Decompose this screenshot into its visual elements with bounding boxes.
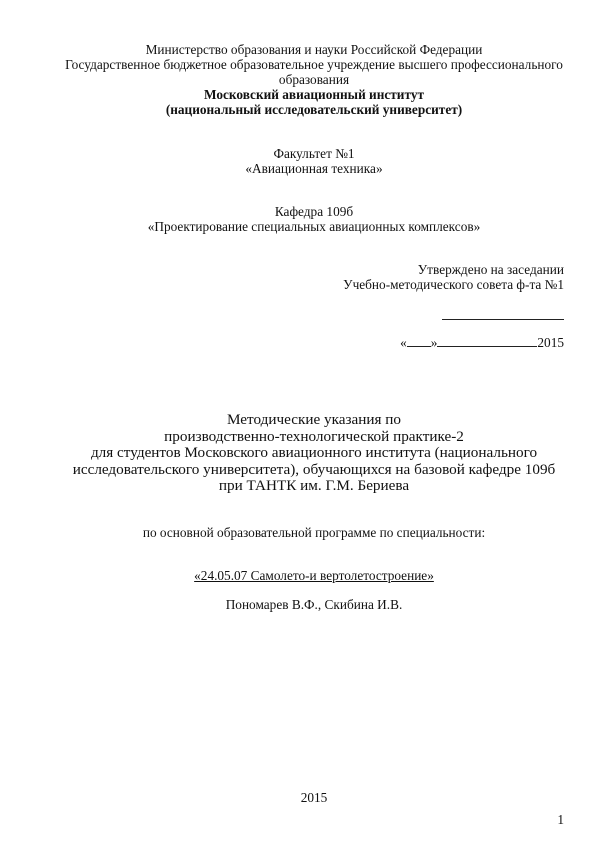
institution-type-line-1: Государственное бюджетное образовательно… xyxy=(60,57,568,72)
document-title: Методические указания по производственно… xyxy=(60,412,568,495)
page-number: 1 xyxy=(557,812,564,827)
program-block: по основной образовательной программе по… xyxy=(60,525,568,540)
signature-line xyxy=(442,319,564,320)
day-blank xyxy=(407,335,431,347)
department-name: «Проектирование специальных авиационных … xyxy=(60,219,568,234)
authors-block: Пономарев В.Ф., Скибина И.В. xyxy=(60,597,568,612)
title-line: производственно-технологической практике… xyxy=(60,429,568,446)
document-page: Министерство образования и науки Российс… xyxy=(0,0,592,843)
university-subtitle: (национальный исследовательский универси… xyxy=(60,102,568,117)
authors: Пономарев В.Ф., Скибина И.В. xyxy=(60,597,568,612)
approval-block: Утверждено на заседании Учебно-методичес… xyxy=(343,262,564,292)
department-block: Кафедра 109б «Проектирование специальных… xyxy=(60,204,568,234)
footer-year-block: 2015 xyxy=(60,790,568,805)
approval-line-2: Учебно-методического совета ф-та №1 xyxy=(343,277,564,292)
title-line: при ТАНТК им. Г.М. Бериева xyxy=(60,478,568,495)
institution-type-line-2: образования xyxy=(60,72,568,87)
date-open-quote: « xyxy=(400,335,407,350)
specialty-block: «24.05.07 Самолето-и вертолетостроение» xyxy=(60,568,568,583)
approval-line-1: Утверждено на заседании xyxy=(343,262,564,277)
specialty-name: «24.05.07 Самолето-и вертолетостроение» xyxy=(60,568,568,583)
publication-year: 2015 xyxy=(60,790,568,805)
month-blank xyxy=(437,335,537,347)
title-line: Методические указания по xyxy=(60,412,568,429)
ministry-name: Министерство образования и науки Российс… xyxy=(60,42,568,57)
date-close-quote: » xyxy=(431,335,438,350)
faculty-block: Факультет №1 «Авиационная техника» xyxy=(60,146,568,176)
faculty-name: «Авиационная техника» xyxy=(60,161,568,176)
faculty-number: Факультет №1 xyxy=(60,146,568,161)
program-label: по основной образовательной программе по… xyxy=(60,525,568,540)
university-name: Московский авиационный институт xyxy=(60,87,568,102)
date-year: 2015 xyxy=(537,335,564,350)
title-line: для студентов Московского авиационного и… xyxy=(60,445,568,462)
header-block: Министерство образования и науки Российс… xyxy=(60,42,568,117)
title-line: исследовательского университета), обучаю… xyxy=(60,462,568,479)
department-number: Кафедра 109б xyxy=(60,204,568,219)
approval-date-line: «»2015 xyxy=(400,335,564,350)
